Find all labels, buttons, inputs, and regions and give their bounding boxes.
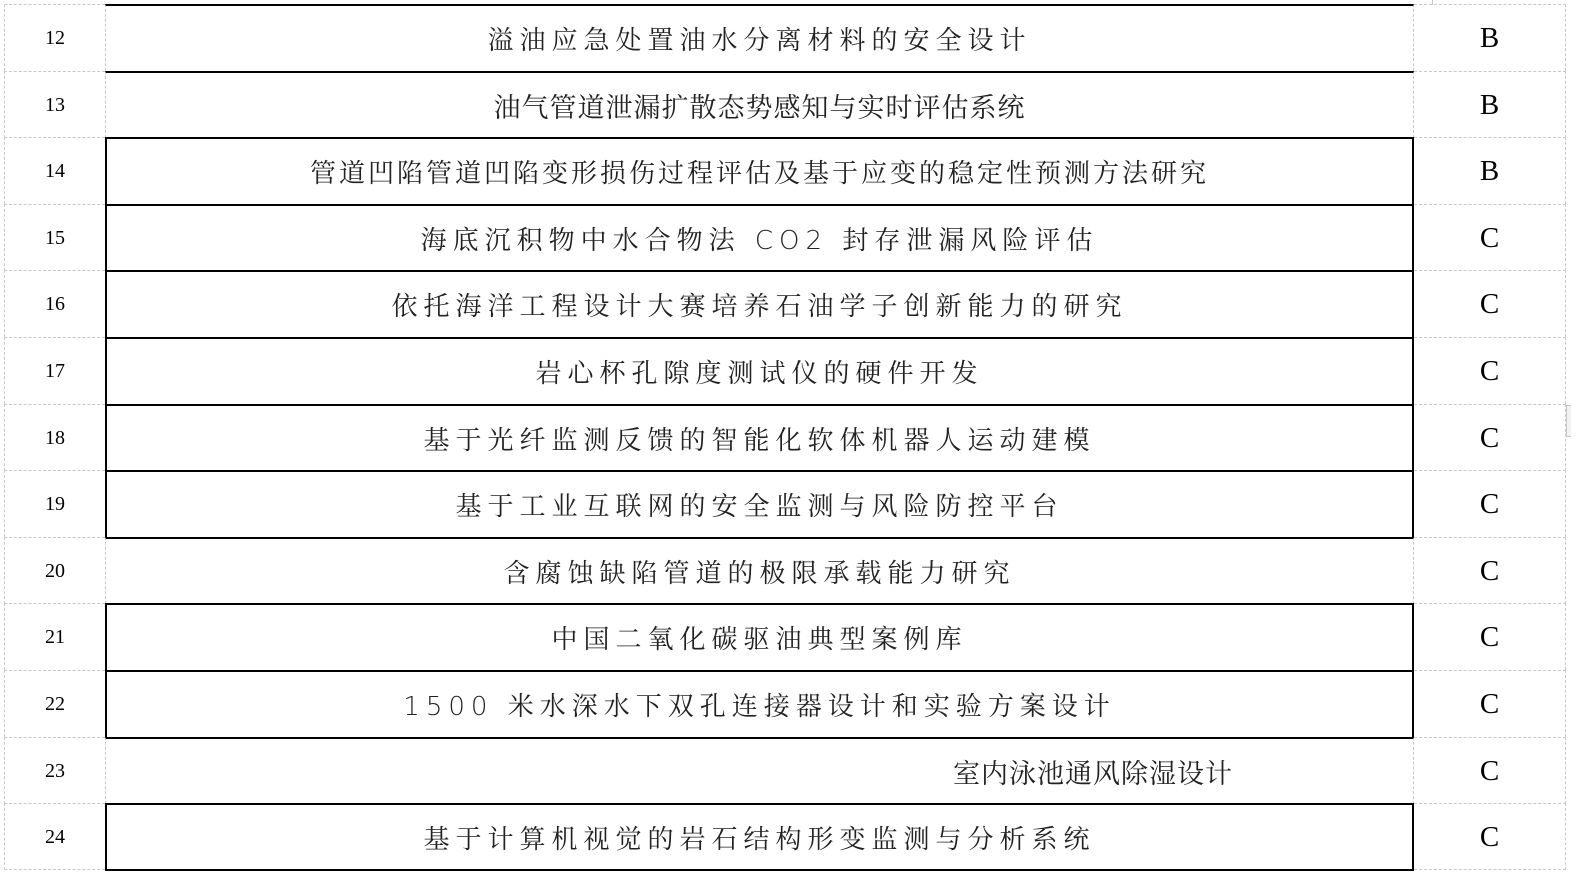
project-title-cell[interactable]: 室内泳池通风除湿设计: [105, 737, 1414, 804]
row-number-cell[interactable]: 24: [4, 803, 105, 870]
project-title-cell[interactable]: 管道凹陷管道凹陷变形损伤过程评估及基于应变的稳定性预测方法研究: [105, 137, 1414, 204]
spreadsheet-sheet: 12 溢油应急处置油水分离材料的安全设计 B 13 油气管道泄漏扩散态势感知与实…: [0, 0, 1591, 887]
bottom-border-number-column: [4, 869, 105, 870]
project-title-cell[interactable]: 溢油应急处置油水分离材料的安全设计: [105, 4, 1414, 71]
project-title-cell[interactable]: 中国二氧化碳驱油典型案例库: [105, 603, 1414, 670]
grade-cell[interactable]: C: [1414, 204, 1566, 271]
table-row: 21 中国二氧化碳驱油典型案例库 C: [4, 603, 1566, 670]
project-title-cell[interactable]: 海底沉积物中水合物法 CO2 封存泄漏风险评估: [105, 204, 1414, 271]
grade-cell[interactable]: C: [1414, 404, 1566, 471]
grade-cell[interactable]: C: [1414, 270, 1566, 337]
row-number-cell[interactable]: 21: [4, 603, 105, 670]
grade-cell[interactable]: C: [1414, 803, 1566, 870]
project-title-cell[interactable]: 油气管道泄漏扩散态势感知与实时评估系统: [105, 71, 1414, 138]
grade-cell[interactable]: C: [1414, 737, 1566, 804]
grade-cell[interactable]: B: [1414, 137, 1566, 204]
bottom-border-grade-column: [1414, 869, 1566, 870]
table-row: 15 海底沉积物中水合物法 CO2 封存泄漏风险评估 C: [4, 204, 1566, 271]
row-number-cell[interactable]: 23: [4, 737, 105, 804]
project-title-cell[interactable]: 依托海洋工程设计大赛培养石油学子创新能力的研究: [105, 270, 1414, 337]
project-title-cell[interactable]: 基于工业互联网的安全监测与风险防控平台: [105, 470, 1414, 537]
grade-cell[interactable]: C: [1414, 537, 1566, 604]
row-number-cell[interactable]: 14: [4, 137, 105, 204]
row-number-cell[interactable]: 13: [4, 71, 105, 138]
grade-cell[interactable]: B: [1414, 4, 1566, 71]
table-row: 20 含腐蚀缺陷管道的极限承载能力研究 C: [4, 537, 1566, 604]
table-row: 23 室内泳池通风除湿设计 C: [4, 737, 1566, 804]
row-number-cell[interactable]: 18: [4, 404, 105, 471]
table-row: 24 基于计算机视觉的岩石结构形变监测与分析系统 C: [4, 803, 1566, 870]
row-number-cell[interactable]: 17: [4, 337, 105, 404]
row-number-cell[interactable]: 12: [4, 4, 105, 71]
bottom-border-title-column: [105, 869, 1414, 871]
project-title-cell[interactable]: 岩心杯孔隙度测试仪的硬件开发: [105, 337, 1414, 404]
table-row: 12 溢油应急处置油水分离材料的安全设计 B: [4, 4, 1566, 71]
project-title-cell[interactable]: 1500 米水深水下双孔连接器设计和实验方案设计: [105, 670, 1414, 737]
sheet-edge-handle[interactable]: [1566, 405, 1571, 437]
table-row: 22 1500 米水深水下双孔连接器设计和实验方案设计 C: [4, 670, 1566, 737]
grade-cell[interactable]: C: [1414, 470, 1566, 537]
project-title-cell[interactable]: 基于计算机视觉的岩石结构形变监测与分析系统: [105, 803, 1414, 870]
row-number-cell[interactable]: 20: [4, 537, 105, 604]
table-row: 13 油气管道泄漏扩散态势感知与实时评估系统 B: [4, 71, 1566, 138]
grade-cell[interactable]: C: [1414, 337, 1566, 404]
row-number-cell[interactable]: 22: [4, 670, 105, 737]
table-row: 16 依托海洋工程设计大赛培养石油学子创新能力的研究 C: [4, 270, 1566, 337]
project-title-cell[interactable]: 基于光纤监测反馈的智能化软体机器人运动建模: [105, 404, 1414, 471]
row-number-cell[interactable]: 15: [4, 204, 105, 271]
project-title-cell[interactable]: 含腐蚀缺陷管道的极限承载能力研究: [105, 537, 1414, 604]
table-row: 19 基于工业互联网的安全监测与风险防控平台 C: [4, 470, 1566, 537]
table-row: 18 基于光纤监测反馈的智能化软体机器人运动建模 C: [4, 404, 1566, 471]
table-row: 14 管道凹陷管道凹陷变形损伤过程评估及基于应变的稳定性预测方法研究 B: [4, 137, 1566, 204]
row-number-cell[interactable]: 16: [4, 270, 105, 337]
row-number-cell[interactable]: 19: [4, 470, 105, 537]
grade-cell[interactable]: B: [1414, 71, 1566, 138]
table-row: 17 岩心杯孔隙度测试仪的硬件开发 C: [4, 337, 1566, 404]
grade-cell[interactable]: C: [1414, 670, 1566, 737]
grade-cell[interactable]: C: [1414, 603, 1566, 670]
